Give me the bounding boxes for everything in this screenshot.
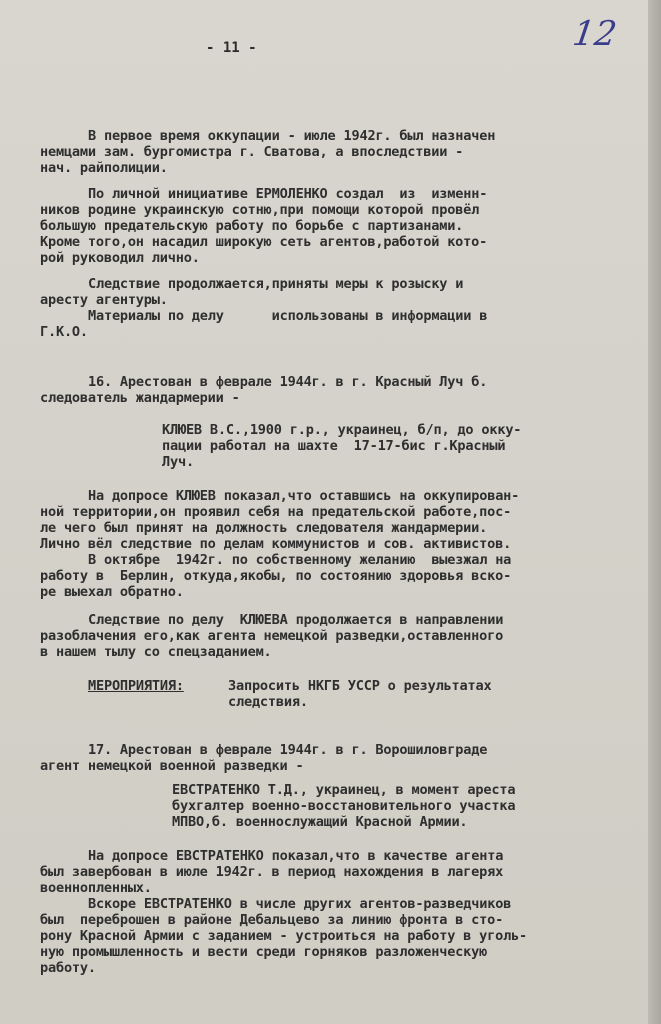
text-line: ников родине украинскую сотню,при помощи… [40,202,479,218]
text-line: бухгалтер военно-восстановительного учас… [172,798,515,814]
text-line: агент немецкой военной разведки - [40,758,303,774]
text-line: ной территории,он проявил себя на предат… [40,504,511,520]
text-line: следователь жандармерии - [40,390,240,406]
text-line: В октябре 1942г. по собственному желанию… [88,552,511,568]
text-line: 17. Арестован в феврале 1944г. в г. Воро… [88,742,487,758]
text-line: Вскоре ЕВСТРАТЕНКО в числе других агенто… [88,896,511,912]
text-line: На допросе КЛЮЕВ показал,что оставшись н… [88,488,519,504]
text-line: МПВО,б. военнослужащий Красной Армии. [172,814,467,830]
text-line: ную промышленность и вести среди горняко… [40,944,487,960]
measures-label: МЕРОПРИЯТИЯ: [88,678,184,694]
text-line: был завербован в июле 1942г. в период на… [40,864,503,880]
text-line: ле чего был принят на должность следоват… [40,520,487,536]
measures-text-line: следствия. [228,694,308,710]
text-line: 16. Арестован в феврале 1944г. в г. Крас… [88,374,487,390]
typed-page-number: - 11 - [206,40,257,56]
text-line: разоблачения его,как агента немецкой раз… [40,628,503,644]
text-line: В первое время оккупации - июле 1942г. б… [88,128,495,144]
text-line: работу. [40,960,96,976]
text-line: немцами зам. бургомистра г. Сватова, а в… [40,144,463,160]
handwritten-folio-number: 12 [570,14,619,54]
text-line: Лично вёл следствие по делам коммунистов… [40,536,511,552]
text-line: рону Красной Армии с заданием - устроить… [40,928,527,944]
page-edge-shadow [648,0,661,1024]
text-line: пации работал на шахте 17-17-бис г.Красн… [162,438,505,454]
text-line: Г.К.О. [40,324,88,340]
text-line: аресту агентуры. [40,292,168,308]
text-line: нач. райполиции. [40,160,168,176]
text-line: На допросе ЕВСТРАТЕНКО показал,что в кач… [88,848,503,864]
text-line: ЕВСТРАТЕНКО Т.Д., украинец, в момент аре… [172,782,515,798]
text-line: в нашем тылу со спецзаданием. [40,644,272,660]
text-line: По личной инициативе ЕРМОЛЕНКО создал из… [88,186,487,202]
text-line: Следствие по делу КЛЮЕВА продолжается в … [88,612,503,628]
measures-text-line: Запросить НКГБ УССР о результатах [228,678,491,694]
text-line: Луч. [162,454,194,470]
text-line: большую предательскую работу по борьбе с… [40,218,463,234]
text-line: был переброшен в районе Дебальцево за ли… [40,912,503,928]
text-line: Следствие продолжается,приняты меры к ро… [88,276,463,292]
document-page: - 11 - 12 В первое время оккупации - июл… [0,0,648,1024]
text-line: ре выехал обратно. [40,584,184,600]
text-line: военнопленных. [40,880,152,896]
text-line: КЛЮЕВ В.С.,1900 г.р., украинец, б/п, до … [162,422,521,438]
text-line: Материалы по делу использованы в информа… [88,308,487,324]
text-line: Кроме того,он насадил широкую сеть агент… [40,234,487,250]
text-line: работу в Берлин, откуда,якобы, по состоя… [40,568,511,584]
text-line: рой руководил лично. [40,250,200,266]
